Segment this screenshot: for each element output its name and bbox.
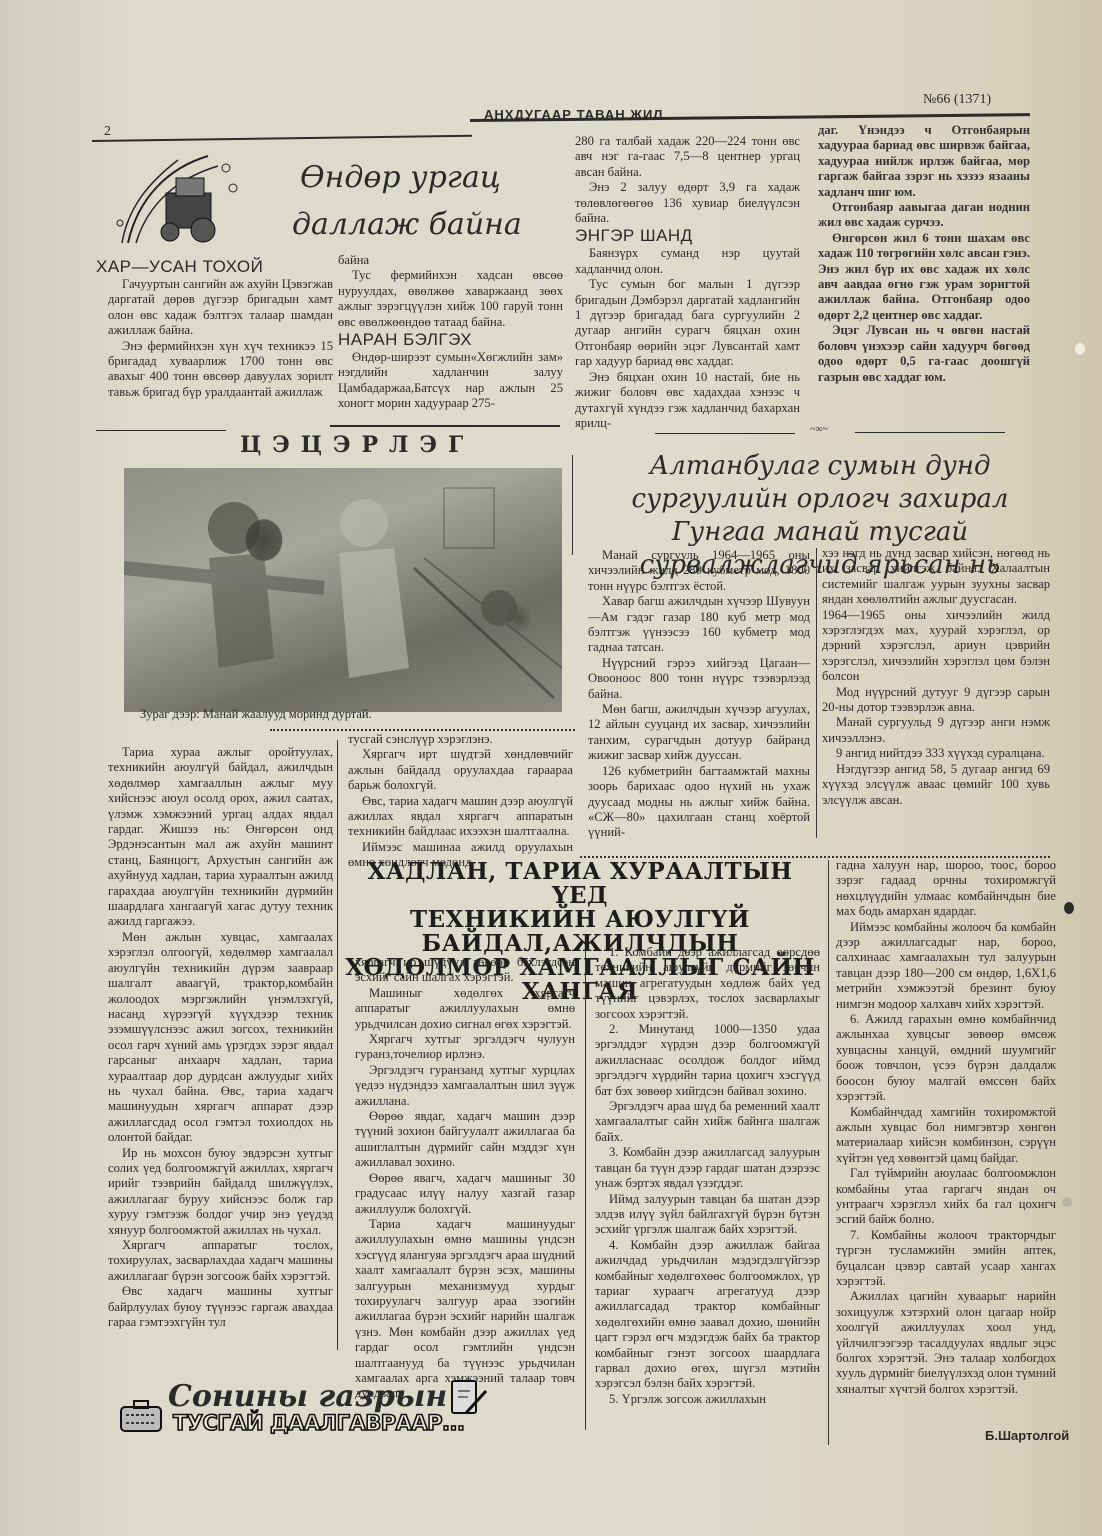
paragraph: Өндөр-ширээт сумын«Хөгжлийн зам» нэгдлий… — [338, 350, 563, 412]
wavy-divider — [580, 848, 1050, 858]
paragraph: Өнгөрсөн жил 6 тонн шахам өвс хадаж 110 … — [818, 231, 1030, 323]
paragraph: 7. Комбайны жолооч тракторчдыг түргэн ту… — [836, 1228, 1056, 1290]
paragraph: Манай сургууль 1964—1965 оны хичээлийн ж… — [588, 548, 810, 594]
safety-col4: гадна халуун нар, шороо, тоос, бороо зэр… — [836, 858, 1056, 1397]
paragraph: Тариа хураа ажлыг оройтуулах, техникийн … — [108, 745, 333, 930]
paragraph: Гачууртын сангийн аж ахуйн Цэвэгжав дарг… — [108, 277, 333, 339]
tractor-wheat-icon — [108, 148, 248, 248]
paragraph: Нэгдүгээр ангид 58, 5 дугаар ангид 69 хү… — [822, 762, 1050, 808]
top-article-col1: ХАР—УСАН ТОХОЙ Гачууртын сангийн аж ахуй… — [108, 257, 333, 400]
paragraph: Иймд залуурын тавцан ба шатан дээр элдэв… — [595, 1192, 820, 1238]
paragraph: Хяргагч ирт шүдтэй хөндлөвчийг ажлын бай… — [348, 747, 573, 793]
paragraph: Эцэг Лувсан нь ч өвгөн настай боловч үнэ… — [818, 323, 1030, 385]
paragraph: Отгонбаяр аавыгаа даган ноднин жил өвс х… — [818, 200, 1030, 231]
banner-line1: Сонины газрын — [168, 1379, 447, 1414]
paragraph: Комбайнчдад хамгийн тохиромжтой ажлын ху… — [836, 1105, 1056, 1167]
headline-line1: ХАДЛАН, ТАРИА ХУРААЛТЫН ҮЕД — [345, 860, 815, 908]
interview-col1: Манай сургууль 1964—1965 оны хичээлийн ж… — [588, 548, 810, 841]
safety-col3: 1. Комбайн дээр ажиллагсад өөрсдөө техни… — [595, 945, 820, 1407]
top-article-col3: 280 га талбай хадаж 220—224 тонн өвс авч… — [575, 134, 800, 431]
suitcase-icon — [118, 1397, 164, 1435]
paragraph: Энэ 2 залуу өдөрт 3,9 га хадаж төлөвлөгө… — [575, 180, 800, 226]
paragraph: хяргагч ир шүдүүд зөвөөр бэхлэгдсэн эсхи… — [355, 955, 575, 986]
paragraph: 1. Комбайн дээр ажиллагсад өөрсдөө техни… — [595, 945, 820, 1022]
top-article-col4: даг. Үнэндээ ч Отгонбаярын хадуураа бари… — [818, 123, 1030, 385]
masthead-rule-left — [92, 135, 472, 142]
paragraph: Ир нь мохсон буюу эвдэрсэн хутгыг солих … — [108, 1146, 333, 1238]
safety-col1: Тариа хураа ажлыг оройтуулах, техникийн … — [108, 745, 333, 1330]
paragraph: Өвс хадагч машины хутгыг байрлуулах буюу… — [108, 1284, 333, 1330]
paragraph: Тариа хадагч машинуудыг ажиллуулахын өмн… — [355, 1217, 575, 1402]
subheading-enger-shand: ЭНГЭР ШАНД — [575, 227, 800, 245]
paragraph: Энэ бяцхан охин 10 настай, бие нь жижиг … — [575, 370, 800, 432]
column-rule — [585, 950, 586, 1430]
photo-caption: Зураг дээр: Манай жаалууд моринд дуртай. — [140, 707, 372, 722]
paragraph: 1964—1965 оны хичээлийн жилд хэрэглэгдэх… — [822, 608, 1050, 685]
section-heading-kindergarten: ЦЭЦЭРЛЭГ — [240, 432, 474, 458]
divider — [330, 425, 560, 427]
paper-hole — [1075, 343, 1085, 355]
paragraph: 126 кубметрийн багтаамжтай махны зоорь б… — [588, 764, 810, 841]
top-article-col2: байна Тус фермийнхэн хадсан өвсөө нуруул… — [338, 253, 563, 412]
paragraph: Эргэлдэгч араа шүд ба ременний хаалт хам… — [595, 1099, 820, 1145]
paragraph: Иймээс комбайны жолооч ба комбайн дээр а… — [836, 920, 1056, 1012]
safety-col2-top: тусгай сэнслүүр хэрэглэнэ. Хяргагч ирт ш… — [348, 732, 573, 871]
paper-hole — [1062, 1197, 1072, 1207]
notepad-pen-icon — [448, 1377, 488, 1423]
subheading-naran-belgekh: НАРАН БЭЛГЭХ — [338, 331, 563, 349]
subheading-khar-usan-tokhoi: ХАР—УСАН ТОХОЙ — [96, 258, 333, 276]
paragraph: Хяргагч хутгыг эргэлдэгч чулуун гуранз,т… — [355, 1032, 575, 1063]
paper-hole — [1064, 902, 1074, 914]
paragraph: Өөрөө явдаг, хадагч машин дээр түүний зо… — [355, 1109, 575, 1171]
paragraph: тусгай сэнслүүр хэрэглэнэ. — [348, 732, 573, 747]
column-rule — [572, 455, 573, 555]
paragraph: Тус фермийнхэн хадсан өвсөө нуруулдах, ө… — [338, 268, 563, 330]
paragraph: даг. Үнэндээ ч Отгонбаярын хадуураа бари… — [818, 123, 1030, 200]
interview-col2: хээ нэгд нь дунд засвар хийсэн, нөгөөд н… — [822, 546, 1050, 808]
paragraph: байна — [338, 253, 563, 268]
paragraph: 4. Комбайн дээр ажиллаж байгаа ажилчдад … — [595, 1238, 820, 1392]
paragraph: Хяргагч аппаратыг тослох, тохируулах, за… — [108, 1238, 333, 1284]
page-number: 2 — [104, 124, 111, 140]
paragraph: Энэ фермийнхэн хүн хүч техникээ 15 брига… — [108, 339, 333, 401]
paragraph: Мөн багш, ажилчдын хүчээр агуулах, 12 ай… — [588, 702, 810, 764]
paragraph: 6. Ажилд гарахын өмнө комбайнчид ажлынха… — [836, 1012, 1056, 1104]
issue-number: №66 (1371) — [923, 92, 991, 108]
article-title-line1: Өндөр ургац — [300, 160, 501, 195]
paragraph: Нүүрсний гэрээ хийгээд Цагаан—Овооноос 8… — [588, 656, 810, 702]
paragraph: Тус сумын бог малын 1 дүгээр бригадын Дэ… — [575, 277, 800, 369]
special-assignment-banner: Сонины газрын ТУСГАЙ ДААЛГАВРААР... — [118, 1385, 468, 1445]
paragraph: Ажиллах цагийн хуваарыг нарийн зохицуулж… — [836, 1289, 1056, 1397]
ornament-divider: ~∞~ — [655, 428, 1005, 436]
paragraph: Хавар багш ажилчдын хүчээр Шувуун—Ам гэд… — [588, 594, 810, 656]
paragraph: 9 ангид нийтдээ 333 хүүхэд суралцана. — [822, 746, 1050, 761]
wavy-divider — [270, 721, 575, 731]
paragraph: Эргэлдэгч гуранзанд хутгыг хурцлах үедээ… — [355, 1063, 575, 1109]
paragraph: Баянзүрх суманд нэр цуутай хадланчид оло… — [575, 246, 800, 277]
paragraph: Өвс, тариа хадагч машин дээр аюулгүй ажи… — [348, 794, 573, 840]
paragraph: Гал түймрийн аюулаас болгоомжлон комбайн… — [836, 1166, 1056, 1228]
column-rule — [816, 548, 817, 838]
newspaper-page: 2 АНХДУГААР ТАВАН ЖИЛ №66 (1371) Өндөр у… — [0, 0, 1102, 1536]
paragraph: хээ нэгд нь дунд засвар хийсэн, нөгөөд н… — [822, 546, 1050, 608]
paragraph: Манай сургуульд 9 дүгээр анги нэмж хичээ… — [822, 715, 1050, 746]
paragraph: Мод нүүрсний дутууг 9 дүгээр сарын 20-ны… — [822, 685, 1050, 716]
divider — [96, 430, 226, 431]
paragraph: гадна халуун нар, шороо, тоос, бороо зэр… — [836, 858, 1056, 920]
paragraph: 3. Комбайн дээр ажиллагсад залуурын тавц… — [595, 1145, 820, 1191]
author-signature: Б.Шартолгой — [985, 1428, 1069, 1443]
safety-col2: хяргагч ир шүдүүд зөвөөр бэхлэгдсэн эсхи… — [355, 955, 575, 1402]
paragraph: Машиныг хөдөлгөх хяргагч аппаратыг ажилл… — [355, 986, 575, 1032]
paragraph: Өөрөө явагч, хадагч машиныг 30 градусаас… — [355, 1171, 575, 1217]
paragraph: Мөн ажлын хувцас, хамгаалах хэрэглэл олг… — [108, 930, 333, 1146]
banner-line2: ТУСГАЙ ДААЛГАВРААР... — [173, 1411, 464, 1435]
children-on-wooden-horse-photo — [124, 468, 562, 712]
column-rule — [337, 740, 338, 1350]
column-rule — [828, 860, 829, 1445]
article-title-line2: даллаж байна — [292, 207, 522, 242]
paragraph: 2. Минутанд 1000—1350 удаа эргэлддэг хүр… — [595, 1022, 820, 1099]
paragraph: 5. Үргэлж зогсож ажиллахын — [595, 1392, 820, 1407]
paragraph: 280 га талбай хадаж 220—224 тонн өвс авч… — [575, 134, 800, 180]
